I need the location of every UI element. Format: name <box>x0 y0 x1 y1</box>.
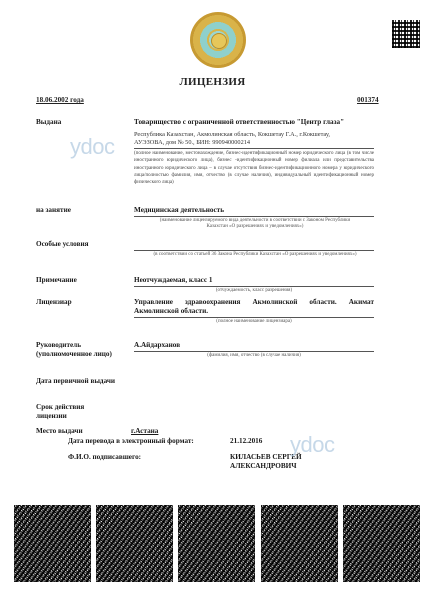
special-conditions-label: Особые условия <box>36 240 89 248</box>
validity-label-line2: лицензии <box>36 412 67 420</box>
digital-signature-block <box>178 505 255 582</box>
place-label: Место выдачи <box>36 427 83 435</box>
divider <box>134 148 374 149</box>
divider <box>134 250 374 251</box>
document-title: ЛИЦЕНЗИЯ <box>0 76 425 88</box>
issued-to-label: Выдана <box>36 118 61 126</box>
license-number: 001374 <box>357 96 379 104</box>
note-label: Примечание <box>36 276 77 284</box>
licensor-hint: (полное наименование лицензиара) <box>134 319 374 325</box>
qr-code-icon <box>392 20 420 48</box>
activity-value: Медицинская деятельность <box>134 206 224 214</box>
head-label-line2: (уполномоченное лицо) <box>36 350 112 358</box>
special-conditions-hint: (в соответствии со статьей 36 Закона Рес… <box>140 252 370 258</box>
place-value: г.Астана <box>131 427 158 435</box>
divider <box>134 351 374 352</box>
signer-label: Ф.И.О. подписавшего: <box>68 453 141 461</box>
digital-signature-block <box>343 505 420 582</box>
first-issue-date-label: Дата первичной выдачи <box>36 377 115 385</box>
licensor-value: Управление здравоохранения Акмолинской о… <box>134 298 374 316</box>
digital-signature-block <box>96 505 173 582</box>
activity-label: на занятие <box>36 206 71 214</box>
digital-signature-block <box>261 505 338 582</box>
digital-signature-block <box>14 505 91 582</box>
issued-to-address-line2: АУЭЗОВА, дом № 50., БИН: 990940000214 <box>134 139 250 147</box>
head-value: А.Айдарханов <box>134 341 180 349</box>
issued-to-hint: (полное наименование, местонахождение, б… <box>134 150 374 186</box>
licensor-label: Лицензиар <box>36 298 72 306</box>
divider <box>134 317 374 318</box>
divider <box>134 286 374 287</box>
note-hint: (отчуждаемость, класс разрешения) <box>134 288 374 294</box>
issued-to-name: Товарищество с ограниченной ответственно… <box>134 118 344 126</box>
head-label-line1: Руководитель <box>36 341 81 349</box>
divider <box>134 216 374 217</box>
emblem-center <box>211 33 227 49</box>
watermark: ydoc <box>70 134 114 160</box>
conversion-date-value: 21.12.2016 <box>230 437 262 445</box>
issued-to-address-line1: Республика Казахстан, Акмолинская област… <box>134 131 330 139</box>
signer-name-line2: АЛЕКСАНДРОВИЧ <box>230 462 297 470</box>
validity-label-line1: Срок действия <box>36 403 84 411</box>
head-hint: (фамилия, имя, отчество (в случае наличи… <box>134 353 374 359</box>
watermark: ydoc <box>290 432 334 458</box>
state-emblem-icon <box>190 12 246 68</box>
note-value: Неотчуждаемая, класс 1 <box>134 276 212 284</box>
activity-hint: (наименование лицензируемого вида деятел… <box>150 218 360 230</box>
issue-date: 18.06.2002 года <box>36 96 84 104</box>
conversion-date-label: Дата перевода в электронный формат: <box>68 437 194 445</box>
